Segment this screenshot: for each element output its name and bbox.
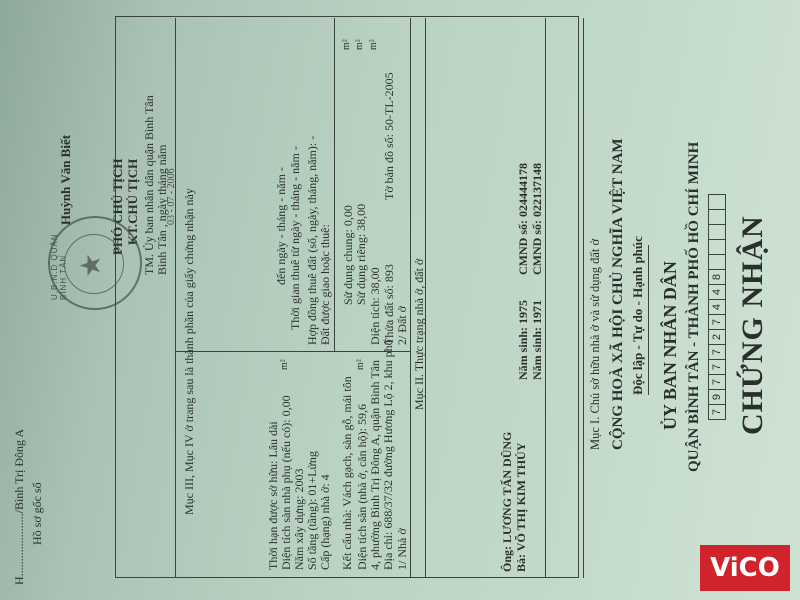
land-lease-from: Thời gian thuê từ ngày - tháng - năm - (288, 146, 303, 330)
house-address-1: Địa chỉ: 688/37/32 đường Hương Lộ 2, khu… (381, 339, 396, 570)
certificate-title: CHỨNG NHẬN (736, 215, 770, 435)
serial-digit: 7 (709, 374, 725, 389)
land-map-sheet: Tờ bản đồ số: 50-TL-2005 (382, 72, 397, 200)
serial-digit: 9 (709, 389, 725, 404)
serial-digit: 7 (709, 404, 725, 419)
owner-1-id: CMND số: 022137148 (530, 163, 545, 275)
owner-2-name: Bà: VÕ THỊ KIM THỦY (514, 443, 529, 572)
official-seal: U.B.N.D QUẬN BÌNH TÂN ★ (48, 216, 142, 310)
serial-digit (709, 209, 725, 224)
section2-heading: Mục II. Thực trạng nhà ở, đất ở (412, 259, 427, 410)
serial-digit (709, 224, 725, 239)
serial-digit (709, 254, 725, 269)
section1-heading: Mục I. Chủ sở hữu nhà ở và sử dụng đất ở (588, 239, 603, 450)
house-year-built: Năm xây dựng: 2003 (292, 469, 307, 571)
land-parcel: Thửa đất số: 893 (382, 264, 397, 345)
house-floors: Số tầng (tầng): 01+Lửng (305, 451, 320, 570)
authority: ỦY BAN NHÂN DÂN (660, 261, 681, 430)
motto: Độc lập - Tự do - Hạnh phúc (630, 236, 646, 395)
house-structure: Kết cấu nhà: Vách gạch, sàn gỗ, mái tôn (340, 376, 355, 570)
serial-digit: 4 (709, 299, 725, 314)
owner-1-birth: Năm sinh: 1971 (530, 300, 545, 380)
signer-name: Huỳnh Văn Biết (58, 135, 74, 225)
serial-number-box: 7977727448 (708, 194, 726, 420)
house-heading: 1/ Nhà ở (395, 528, 410, 570)
serial-digit: 4 (709, 284, 725, 299)
land-lease: Đất được giao hoặc thuê: (318, 224, 333, 345)
sign-on-behalf: TM. Ủy ban nhân dân quận Bình Tân (142, 95, 157, 275)
owner-1-name: Ông: LƯƠNG TẤN DŨNG (500, 432, 515, 572)
serial-digit (709, 195, 725, 209)
owner-2-birth: Năm sinh: 1975 (516, 300, 531, 380)
district: QUẬN BÌNH TÂN - THÀNH PHỐ HỒ CHÍ MINH (686, 142, 703, 472)
land-contract: Hợp đồng thuê đất (số, ngày, tháng, năm)… (305, 136, 320, 345)
house-aux-area: Diện tích sàn nhà phụ (nếu có): 0,00 (279, 395, 294, 570)
file-reference: H...................../Bình Trị Đông A (12, 429, 27, 585)
certificate-document: CỘNG HOÀ XÃ HỘI CHỦ NGHĨA VIỆT NAM Độc l… (0, 0, 800, 600)
land-shared-use: Sử dụng chung: 0,00 (341, 205, 356, 305)
serial-digit: 7 (709, 344, 725, 359)
vico-watermark-logo: ViCO (700, 545, 790, 591)
handwritten-date: 03 - 07 - 2006 (166, 168, 177, 225)
owner-2-id: CMND số: 024444178 (516, 163, 531, 275)
house-floor-area: Diện tích sàn (nhà ở, căn hộ): 59,6 (355, 404, 370, 570)
house-address-2: 4, phường Bình Trị Đông A, quận Bình Tân (368, 360, 383, 570)
land-heading: 2/ Đất ở (395, 306, 410, 345)
land-private-use: Sử dụng riêng: 38,00 (354, 204, 369, 305)
serial-digit: 7 (709, 359, 725, 374)
serial-digit: 8 (709, 269, 725, 284)
land-area: Diện tích: 38,00 (368, 267, 383, 345)
serial-digit: 2 (709, 329, 725, 344)
file-number-label: Hồ sơ gốc số (30, 482, 45, 545)
serial-digit (709, 239, 725, 254)
nation-title: CỘNG HOÀ XÃ HỘI CHỦ NGHĨA VIỆT NAM (610, 138, 627, 450)
serial-digit: 7 (709, 314, 725, 329)
section3-note: Mục III, Mục IV ở trang sau là thành phầ… (182, 188, 197, 515)
house-grade: Cấp (hạng) nhà ở: 4 (318, 474, 333, 570)
house-ownership-term: Thời hạn được sở hữu: Lâu dài (266, 421, 281, 570)
land-lease-to: đến ngày - tháng - năm - (274, 167, 289, 285)
